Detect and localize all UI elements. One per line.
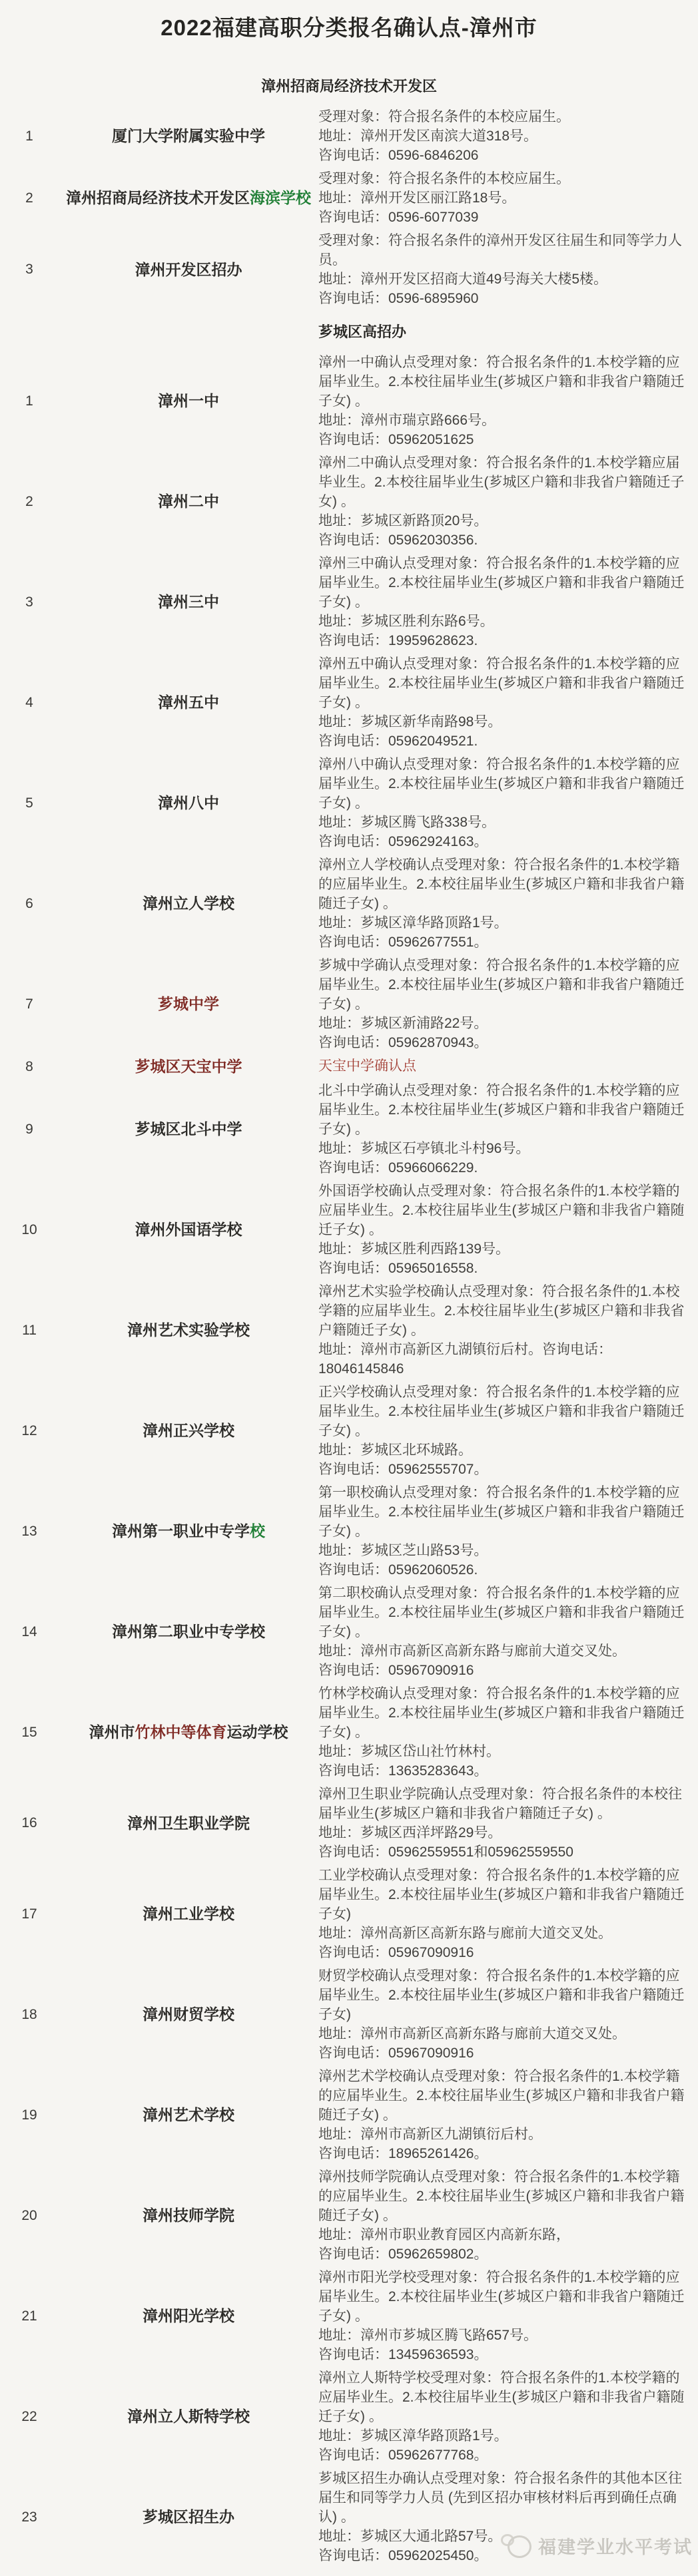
detail-line: 第一职校确认点受理对象：符合报名条件的1.本校学籍的应届毕业生。2.本校往届毕业… [318, 1483, 693, 1541]
detail-line: 地址：芗城区腾飞路338号。 [318, 813, 693, 832]
detail-line: 地址：芗城区胜利东路6号。 [318, 612, 693, 631]
row-number: 1 [0, 107, 59, 165]
detail-line: 地址：芗城区石亭镇北斗村96号。 [318, 1139, 693, 1158]
detail-line: 咨询电话：05962870943。 [318, 1033, 693, 1052]
table-row: 11漳州艺术实验学校漳州艺术实验学校确认点受理对象：符合报名条件的1.本校学籍的… [0, 1280, 698, 1381]
row-details: 漳州艺术学校确认点受理对象：符合报名条件的1.本校学籍的应届毕业生。2.本校往届… [318, 2067, 698, 2163]
row-details: 漳州艺术实验学校确认点受理对象：符合报名条件的1.本校学籍的应届毕业生。2.本校… [318, 1282, 698, 1379]
school-name: 漳州五中 [59, 654, 318, 751]
detail-line: 地址：漳州市高新区九湖镇衍后村。 [318, 2125, 693, 2144]
row-details: 漳州一中确认点受理对象：符合报名条件的1.本校学籍的应届毕业生。2.本校往届毕业… [318, 353, 698, 449]
detail-line: 地址：漳州市高新区高新东路与廊前大道交叉处。 [318, 2024, 693, 2043]
detail-line: 咨询电话：05965016558. [318, 1259, 693, 1278]
watermark: 福建学业水平考试 [501, 2533, 693, 2559]
detail-line: 漳州一中确认点受理对象：符合报名条件的1.本校学籍的应届毕业生。2.本校往届毕业… [318, 353, 693, 411]
school-name: 漳州卫生职业学院 [59, 1785, 318, 1862]
row-details: 漳州立人斯特学校受理对象：符合报名条件的1.本校学籍的应届毕业生。2.本校往届毕… [318, 2368, 698, 2465]
section-rows: 1漳州一中漳州一中确认点受理对象：符合报名条件的1.本校学籍的应届毕业生。2.本… [0, 351, 698, 2567]
row-number: 23 [0, 2469, 59, 2565]
detail-line: 地址：芗城区岱山社竹林村。 [318, 1742, 693, 1761]
row-number: 17 [0, 1866, 59, 1962]
table-row: 3漳州三中漳州三中确认点受理对象：符合报名条件的1.本校学籍的应届毕业生。2.本… [0, 552, 698, 652]
school-name: 漳州开发区招办 [59, 231, 318, 308]
row-number: 1 [0, 353, 59, 449]
school-name: 漳州艺术学校 [59, 2067, 318, 2163]
detail-line: 漳州八中确认点受理对象：符合报名条件的1.本校学籍的应届毕业生。2.本校往届毕业… [318, 755, 693, 813]
detail-line: 漳州市阳光学校受理对象：符合报名条件的1.本校学籍的应届毕业生。2.本校往届毕业… [318, 2268, 693, 2326]
detail-line: 漳州三中确认点受理对象：符合报名条件的1.本校学籍的应届毕业生。2.本校往届毕业… [318, 554, 693, 612]
row-number: 20 [0, 2167, 59, 2264]
detail-line: 地址：漳州市高新区九湖镇衍后村。咨询电话：18046145846 [318, 1340, 693, 1379]
school-name: 芗城区天宝中学 [59, 1056, 318, 1077]
row-number: 18 [0, 1966, 59, 2063]
detail-line: 地址：芗城区胜利西路139号。 [318, 1239, 693, 1259]
detail-line: 咨询电话：05967090916 [318, 1661, 693, 1680]
detail-line: 地址：芗城区漳华路顶路1号。 [318, 2426, 693, 2446]
detail-line: 漳州五中确认点受理对象：符合报名条件的1.本校学籍的应届毕业生。2.本校往届毕业… [318, 654, 693, 712]
detail-line: 地址：漳州市瑞京路666号。 [318, 411, 693, 430]
row-number: 11 [0, 1282, 59, 1379]
school-name: 漳州技师学院 [59, 2167, 318, 2264]
row-number: 19 [0, 2067, 59, 2163]
table-row: 9芗城区北斗中学北斗中学确认点受理对象：符合报名条件的1.本校学籍的应届毕业生。… [0, 1079, 698, 1180]
row-number: 14 [0, 1584, 59, 1680]
row-details: 受理对象：符合报名条件的本校应届生。地址：漳州开发区南滨大道318号。咨询电话：… [318, 107, 698, 165]
detail-line: 咨询电话：0596-6077039 [318, 208, 693, 227]
table-row: 10漳州外国语学校外国语学校确认点受理对象：符合报名条件的1.本校学籍的应届毕业… [0, 1180, 698, 1280]
school-name: 漳州市竹林中等体育运动学校 [59, 1684, 318, 1781]
table-row: 7芗城中学芗城中学确认点受理对象：符合报名条件的1.本校学籍的应届毕业生。2.本… [0, 954, 698, 1054]
school-name: 漳州立人斯特学校 [59, 2368, 318, 2465]
row-details: 漳州立人学校确认点受理对象：符合报名条件的1.本校学籍的应届毕业生。2.本校往届… [318, 855, 698, 952]
row-details: 漳州卫生职业学院确认点受理对象：符合报名条件的本校往届毕业生(芗城区户籍和非我省… [318, 1785, 698, 1862]
detail-line: 受理对象：符合报名条件的本校应届生。 [318, 107, 693, 126]
detail-line: 地址：芗城区漳华路顶路1号。 [318, 913, 693, 933]
detail-line: 咨询电话：05967090916 [318, 2043, 693, 2063]
row-details: 第一职校确认点受理对象：符合报名条件的1.本校学籍的应届毕业生。2.本校往届毕业… [318, 1483, 698, 1580]
detail-line: 地址：漳州市高新区高新东路与廊前大道交叉处。 [318, 1641, 693, 1661]
row-number: 22 [0, 2368, 59, 2465]
detail-line: 咨询电话：05966066229. [318, 1158, 693, 1178]
school-name: 漳州外国语学校 [59, 1181, 318, 1278]
school-name: 漳州工业学校 [59, 1866, 318, 1962]
table-row: 1漳州一中漳州一中确认点受理对象：符合报名条件的1.本校学籍的应届毕业生。2.本… [0, 351, 698, 451]
section-rows: 1厦门大学附属实验中学受理对象：符合报名条件的本校应届生。地址：漳州开发区南滨大… [0, 105, 698, 310]
detail-line: 芗城中学确认点受理对象：符合报名条件的1.本校学籍的应届毕业生。2.本校往届毕业… [318, 956, 693, 1014]
row-details: 漳州二中确认点受理对象：符合报名条件的1.本校学籍应届毕业生。2.本校往届毕业生… [318, 453, 698, 550]
detail-line: 咨询电话：05962559551和05962559550 [318, 1842, 693, 1862]
detail-line: 咨询电话：05962677768。 [318, 2446, 693, 2465]
detail-line: 咨询电话：05962049521. [318, 732, 693, 751]
row-details: 工业学校确认点受理对象：符合报名条件的1.本校学籍的应届毕业生。2.本校往届毕业… [318, 1866, 698, 1962]
table-row: 22漳州立人斯特学校漳州立人斯特学校受理对象：符合报名条件的1.本校学籍的应届毕… [0, 2366, 698, 2467]
row-details: 财贸学校确认点受理对象：符合报名条件的1.本校学籍的应届毕业生。2.本校往届毕业… [318, 1966, 698, 2063]
row-details: 正兴学校确认点受理对象：符合报名条件的1.本校学籍的应届毕业生。2.本校往届毕业… [318, 1383, 698, 1479]
school-name: 漳州阳光学校 [59, 2268, 318, 2364]
table-row: 1厦门大学附属实验中学受理对象：符合报名条件的本校应届生。地址：漳州开发区南滨大… [0, 105, 698, 167]
table-row: 13漳州第一职业中专学校第一职校确认点受理对象：符合报名条件的1.本校学籍的应届… [0, 1481, 698, 1582]
detail-line: 咨询电话：13459636593。 [318, 2345, 693, 2364]
detail-line: 咨询电话：0596-6895960 [318, 289, 693, 308]
row-details: 芗城中学确认点受理对象：符合报名条件的1.本校学籍的应届毕业生。2.本校往届毕业… [318, 956, 698, 1052]
table-row: 3漳州开发区招办受理对象：符合报名条件的漳州开发区往届生和同等学力人员。地址：漳… [0, 229, 698, 310]
table-row: 2漳州二中漳州二中确认点受理对象：符合报名条件的1.本校学籍应届毕业生。2.本校… [0, 451, 698, 552]
table-row: 5漳州八中漳州八中确认点受理对象：符合报名条件的1.本校学籍的应届毕业生。2.本… [0, 753, 698, 853]
detail-line: 工业学校确认点受理对象：符合报名条件的1.本校学籍的应届毕业生。2.本校往届毕业… [318, 1866, 693, 1924]
row-number: 15 [0, 1684, 59, 1781]
row-details: 漳州八中确认点受理对象：符合报名条件的1.本校学籍的应届毕业生。2.本校往届毕业… [318, 755, 698, 851]
school-name: 厦门大学附属实验中学 [59, 107, 318, 165]
detail-line: 咨询电话：0596-6846206 [318, 146, 693, 165]
row-details: 竹林学校确认点受理对象：符合报名条件的1.本校学籍的应届毕业生。2.本校往届毕业… [318, 1684, 698, 1781]
row-number: 12 [0, 1383, 59, 1479]
table-row: 20漳州技师学院漳州技师学院确认点受理对象：符合报名条件的1.本校学籍的应届毕业… [0, 2165, 698, 2266]
detail-line: 地址：漳州开发区招商大道49号海关大楼5楼。 [318, 270, 693, 289]
detail-line: 咨询电话：13635283643。 [318, 1761, 693, 1781]
school-name: 漳州第一职业中专学校 [59, 1483, 318, 1580]
detail-line: 咨询电话：05962677551。 [318, 933, 693, 952]
detail-line: 第二职校确认点受理对象：符合报名条件的1.本校学籍的应届毕业生。2.本校往届毕业… [318, 1584, 693, 1641]
detail-line: 地址：芗城区西洋坪路29号。 [318, 1823, 693, 1842]
row-details: 外国语学校确认点受理对象：符合报名条件的1.本校学籍的应届毕业生。2.本校往届毕… [318, 1181, 698, 1278]
confirmation-table: 漳州招商局经济技术开发区1厦门大学附属实验中学受理对象：符合报名条件的本校应届生… [0, 75, 698, 2567]
school-name: 漳州正兴学校 [59, 1383, 318, 1479]
detail-line: 漳州卫生职业学院确认点受理对象：符合报名条件的本校往届毕业生(芗城区户籍和非我省… [318, 1785, 693, 1823]
school-name: 芗城区北斗中学 [59, 1081, 318, 1178]
section-header: 漳州招商局经济技术开发区 [0, 75, 698, 96]
detail-line: 咨询电话：05962060526. [318, 1560, 693, 1580]
school-name: 芗城区招生办 [59, 2469, 318, 2565]
detail-line: 地址：漳州市芗城区腾飞路657号。 [318, 2326, 693, 2345]
school-name: 漳州二中 [59, 453, 318, 550]
detail-line: 地址：芗城区芝山路53号。 [318, 1541, 693, 1560]
table-row: 4漳州五中漳州五中确认点受理对象：符合报名条件的1.本校学籍的应届毕业生。2.本… [0, 652, 698, 753]
detail-line: 外国语学校确认点受理对象：符合报名条件的1.本校学籍的应届毕业生。2.本校往届毕… [318, 1181, 693, 1239]
row-number: 16 [0, 1785, 59, 1862]
detail-line: 咨询电话：05967090916 [318, 1943, 693, 1962]
table-row: 12漳州正兴学校正兴学校确认点受理对象：符合报名条件的1.本校学籍的应届毕业生。… [0, 1381, 698, 1481]
row-details: 漳州技师学院确认点受理对象：符合报名条件的1.本校学籍的应届毕业生。2.本校往届… [318, 2167, 698, 2264]
detail-line: 地址：漳州高新区高新东路与廊前大道交叉处。 [318, 1924, 693, 1943]
detail-line: 地址：芗城区新浦路22号。 [318, 1014, 693, 1033]
school-name: 漳州一中 [59, 353, 318, 449]
detail-line: 漳州艺术实验学校确认点受理对象：符合报名条件的1.本校学籍的应届毕业生。2.本校… [318, 1282, 693, 1340]
school-name: 漳州第二职业中专学校 [59, 1584, 318, 1680]
row-number: 21 [0, 2268, 59, 2364]
school-name: 漳州三中 [59, 554, 318, 650]
row-number: 9 [0, 1081, 59, 1178]
row-details: 漳州三中确认点受理对象：符合报名条件的1.本校学籍的应届毕业生。2.本校往届毕业… [318, 554, 698, 650]
detail-line: 地址：芗城区北环城路。 [318, 1440, 693, 1460]
row-number: 7 [0, 956, 59, 1052]
watermark-text: 福建学业水平考试 [538, 2533, 693, 2559]
row-details: 受理对象：符合报名条件的漳州开发区往届生和同等学力人员。地址：漳州开发区招商大道… [318, 231, 698, 308]
row-details: 漳州五中确认点受理对象：符合报名条件的1.本校学籍的应届毕业生。2.本校往届毕业… [318, 654, 698, 751]
detail-line: 芗城区招生办确认点受理对象：符合报名条件的其他本区往届生和同等学力人员 (先到区… [318, 2469, 693, 2527]
detail-line: 漳州艺术学校确认点受理对象：符合报名条件的1.本校学籍的应届毕业生。2.本校往届… [318, 2067, 693, 2125]
row-details: 受理对象：符合报名条件的本校应届生。地址：漳州开发区丽江路18号。咨询电话：05… [318, 169, 698, 227]
row-number: 10 [0, 1181, 59, 1278]
detail-line: 咨询电话：05962555707。 [318, 1460, 693, 1479]
row-number: 8 [0, 1056, 59, 1077]
detail-line: 咨询电话：19959628623. [318, 631, 693, 650]
detail-line: 咨询电话：05962659802。 [318, 2245, 693, 2264]
row-number: 3 [0, 231, 59, 308]
row-number: 4 [0, 654, 59, 751]
detail-line: 北斗中学确认点受理对象：符合报名条件的1.本校学籍的应届毕业生。2.本校往届毕业… [318, 1081, 693, 1139]
detail-line: 地址：芗城区新华南路98号。 [318, 712, 693, 732]
school-name: 漳州立人学校 [59, 855, 318, 952]
row-number: 13 [0, 1483, 59, 1580]
row-details: 第二职校确认点受理对象：符合报名条件的1.本校学籍的应届毕业生。2.本校往届毕业… [318, 1584, 698, 1680]
detail-line: 漳州技师学院确认点受理对象：符合报名条件的1.本校学籍的应届毕业生。2.本校往届… [318, 2167, 693, 2225]
detail-line: 漳州立人斯特学校受理对象：符合报名条件的1.本校学籍的应届毕业生。2.本校往届毕… [318, 2368, 693, 2426]
detail-line: 天宝中学确认点 [318, 1056, 693, 1076]
section-header: 芗城区高招办 [0, 321, 698, 341]
table-row: 14漳州第二职业中专学校第二职校确认点受理对象：符合报名条件的1.本校学籍的应届… [0, 1582, 698, 1682]
row-details: 漳州市阳光学校受理对象：符合报名条件的1.本校学籍的应届毕业生。2.本校往届毕业… [318, 2268, 698, 2364]
chat-bubbles-logo-icon [501, 2534, 531, 2558]
school-name: 漳州招商局经济技术开发区海滨学校 [59, 169, 318, 227]
table-row: 2漳州招商局经济技术开发区海滨学校受理对象：符合报名条件的本校应届生。地址：漳州… [0, 167, 698, 229]
detail-line: 漳州二中确认点受理对象：符合报名条件的1.本校学籍应届毕业生。2.本校往届毕业生… [318, 453, 693, 511]
table-row: 16漳州卫生职业学院漳州卫生职业学院确认点受理对象：符合报名条件的本校往届毕业生… [0, 1783, 698, 1864]
table-row: 8芗城区天宝中学天宝中学确认点 [0, 1054, 698, 1079]
row-number: 2 [0, 169, 59, 227]
table-row: 17漳州工业学校工业学校确认点受理对象：符合报名条件的1.本校学籍的应届毕业生。… [0, 1864, 698, 1964]
detail-line: 财贸学校确认点受理对象：符合报名条件的1.本校学籍的应届毕业生。2.本校往届毕业… [318, 1966, 693, 2024]
table-row: 21漳州阳光学校漳州市阳光学校受理对象：符合报名条件的1.本校学籍的应届毕业生。… [0, 2266, 698, 2366]
row-details: 天宝中学确认点 [318, 1056, 698, 1077]
document-page: 2022福建高职分类报名确认点-漳州市 漳州招商局经济技术开发区1厦门大学附属实… [0, 0, 698, 2576]
detail-line: 受理对象：符合报名条件的漳州开发区往届生和同等学力人员。 [318, 231, 693, 270]
detail-line: 咨询电话：05962030356. [318, 531, 693, 550]
table-row: 6漳州立人学校漳州立人学校确认点受理对象：符合报名条件的1.本校学籍的应届毕业生… [0, 853, 698, 954]
table-row: 18漳州财贸学校财贸学校确认点受理对象：符合报名条件的1.本校学籍的应届毕业生。… [0, 1964, 698, 2065]
detail-line: 咨询电话：05962051625 [318, 430, 693, 449]
detail-line: 受理对象：符合报名条件的本校应届生。 [318, 169, 693, 188]
school-name: 漳州八中 [59, 755, 318, 851]
row-number: 5 [0, 755, 59, 851]
section: 芗城区高招办1漳州一中漳州一中确认点受理对象：符合报名条件的1.本校学籍的应届毕… [0, 321, 698, 2567]
detail-line: 地址：漳州开发区南滨大道318号。 [318, 126, 693, 146]
detail-line: 咨询电话：18965261426。 [318, 2144, 693, 2163]
detail-line: 正兴学校确认点受理对象：符合报名条件的1.本校学籍的应届毕业生。2.本校往届毕业… [318, 1383, 693, 1440]
row-number: 6 [0, 855, 59, 952]
table-row: 19漳州艺术学校漳州艺术学校确认点受理对象：符合报名条件的1.本校学籍的应届毕业… [0, 2065, 698, 2165]
page-title: 2022福建高职分类报名确认点-漳州市 [0, 0, 698, 42]
row-number: 3 [0, 554, 59, 650]
school-name: 芗城中学 [59, 956, 318, 1052]
school-name: 漳州财贸学校 [59, 1966, 318, 2063]
detail-line: 地址：漳州市职业教育园区内高新东路， [318, 2225, 693, 2245]
row-number: 2 [0, 453, 59, 550]
detail-line: 漳州立人学校确认点受理对象：符合报名条件的1.本校学籍的应届毕业生。2.本校往届… [318, 855, 693, 913]
row-details: 北斗中学确认点受理对象：符合报名条件的1.本校学籍的应届毕业生。2.本校往届毕业… [318, 1081, 698, 1178]
school-name: 漳州艺术实验学校 [59, 1282, 318, 1379]
detail-line: 竹林学校确认点受理对象：符合报名条件的1.本校学籍的应届毕业生。2.本校往届毕业… [318, 1684, 693, 1742]
detail-line: 地址：漳州开发区丽江路18号。 [318, 188, 693, 208]
section: 漳州招商局经济技术开发区1厦门大学附属实验中学受理对象：符合报名条件的本校应届生… [0, 75, 698, 310]
detail-line: 咨询电话：05962924163。 [318, 832, 693, 851]
detail-line: 地址：芗城区新路顶20号。 [318, 511, 693, 531]
table-row: 15漳州市竹林中等体育运动学校竹林学校确认点受理对象：符合报名条件的1.本校学籍… [0, 1682, 698, 1783]
